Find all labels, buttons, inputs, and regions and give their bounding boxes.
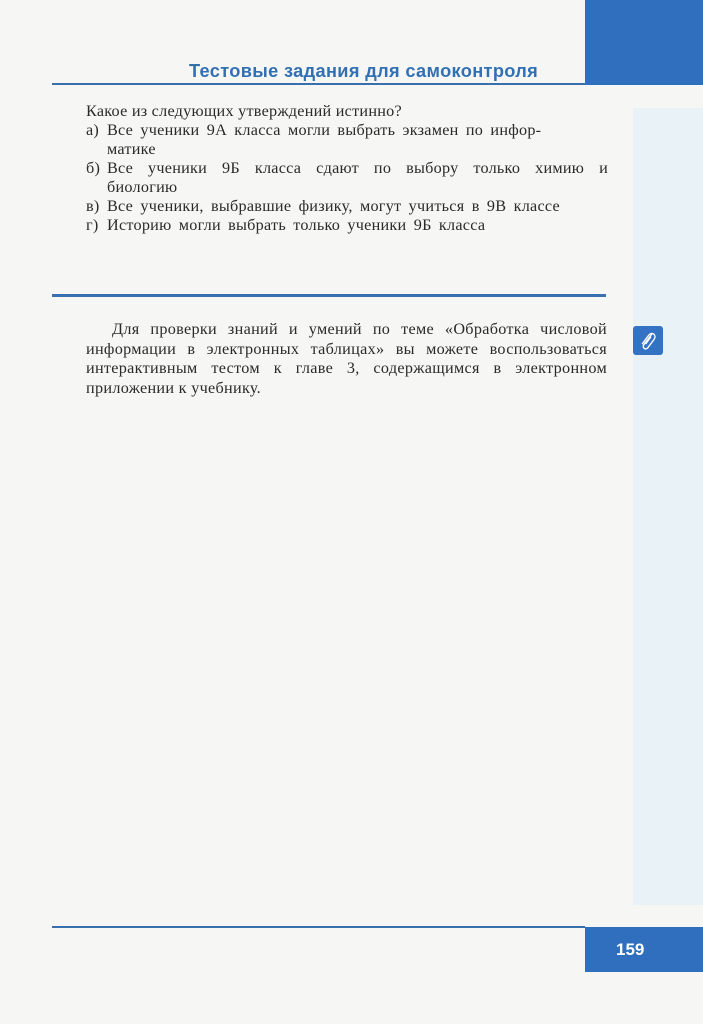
electronic-supplement-note: Для проверки знаний и умений по теме «Об… xyxy=(86,320,607,398)
electronic-resource-badge xyxy=(633,326,663,355)
question-text: Какое из следующих утверждений истинно? xyxy=(86,102,608,121)
header-rule xyxy=(52,83,585,85)
option-b: б) Все ученики 9Б класса сдают по выбору… xyxy=(86,159,608,197)
option-a: а) Все ученики 9А класса могли выбрать э… xyxy=(86,121,608,159)
footer-rule xyxy=(52,926,585,928)
option-c: в) Все ученики, выбравшие физику, могут … xyxy=(86,197,608,216)
option-text: Все ученики, выбравшие физику, могут учи… xyxy=(107,197,608,216)
section-title: Тестовые задания для самоконтроля xyxy=(189,60,569,82)
paperclip-icon xyxy=(638,330,658,352)
option-letter: г) xyxy=(86,216,107,235)
textbook-page: Тестовые задания для самоконтроля Какое … xyxy=(0,0,703,1024)
section-divider xyxy=(52,294,606,297)
option-letter: в) xyxy=(86,197,107,216)
option-letter: а) xyxy=(86,121,107,159)
option-text: Все ученики 9А класса могли выбрать экза… xyxy=(107,121,608,159)
answer-options: а) Все ученики 9А класса могли выбрать э… xyxy=(86,121,608,235)
corner-color-tab xyxy=(585,0,703,85)
option-letter: б) xyxy=(86,159,107,197)
note-text: Для проверки знаний и умений по теме «Об… xyxy=(86,320,607,397)
option-text: Историю могли выбрать только ученики 9Б … xyxy=(107,216,608,235)
side-margin-strip xyxy=(633,108,703,905)
page-number: 159 xyxy=(585,927,703,972)
option-text: Все ученики 9Б класса сдают по выбору то… xyxy=(107,159,608,197)
question-block: Какое из следующих утверждений истинно? … xyxy=(86,102,608,235)
option-d: г) Историю могли выбрать только ученики … xyxy=(86,216,608,235)
